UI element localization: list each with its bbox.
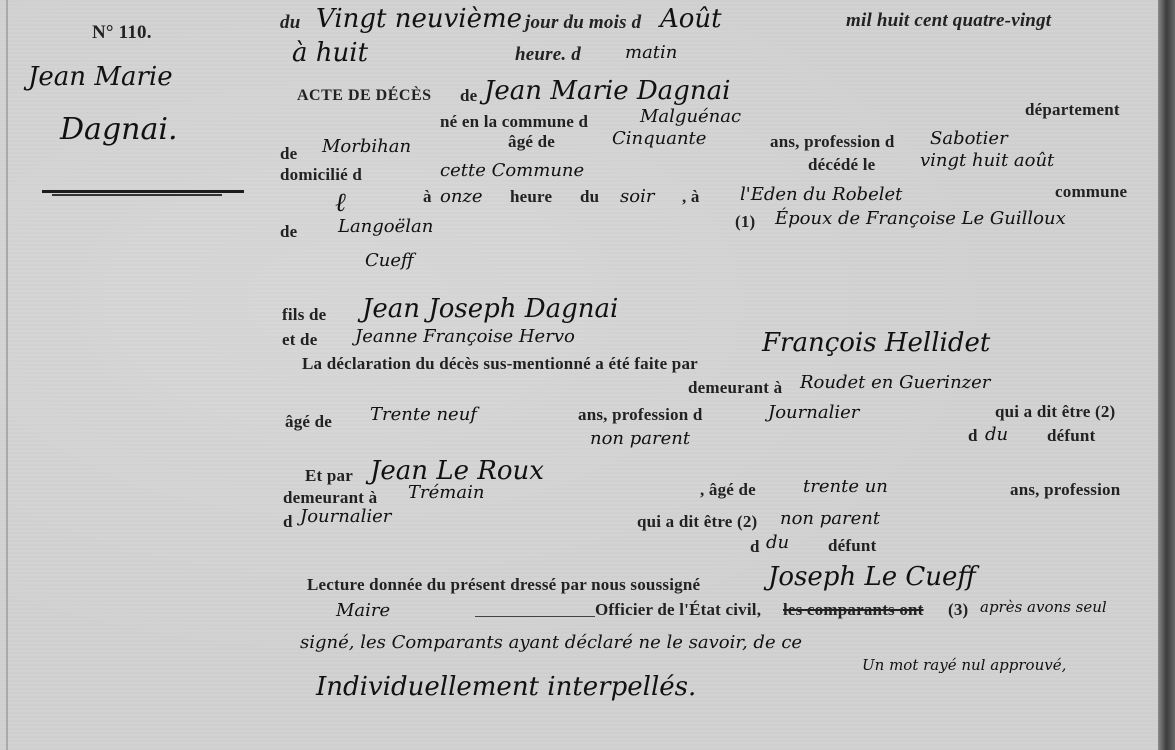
label-comparants-struck: les comparants ont xyxy=(783,600,924,620)
field-declarant-1-prep: du xyxy=(985,424,1008,445)
field-death-place: l'Eden du Robelet xyxy=(740,184,902,205)
field-death-date: vingt huit août xyxy=(920,150,1054,171)
field-death-hour-marker: ℓ xyxy=(335,188,346,218)
label-domicilie: domicilié d xyxy=(280,165,362,185)
field-signature-note-2: Individuellement interpellés. xyxy=(316,672,696,702)
field-declarant-2-prep: du xyxy=(766,532,789,553)
label-ans-profession-2: ans, profession d xyxy=(578,405,702,425)
margin-underline xyxy=(42,190,244,193)
field-profession: Sabotier xyxy=(930,128,1008,149)
label-de-dept: de xyxy=(280,144,297,164)
label-heure: heure. d xyxy=(515,44,581,66)
field-s-avons: après avons seul xyxy=(980,598,1107,616)
field-declarant-1-age: Trente neuf xyxy=(370,404,477,425)
label-d-defunt-2: d xyxy=(750,537,760,557)
field-age: Cinquante xyxy=(612,128,706,149)
field-death-hour: onze xyxy=(440,186,483,207)
label-qui-a-dit-etre: qui a dit être (2) xyxy=(995,402,1115,422)
label-age-de: âgé de xyxy=(508,132,555,152)
margin-last-name: Dagnai. xyxy=(60,112,177,147)
label-d-3: d xyxy=(283,512,293,532)
label-heure-2: heure xyxy=(510,187,552,207)
field-time-of-day: matin xyxy=(625,42,677,63)
label-qui-a-dit-etre-2: qui a dit être (2) xyxy=(637,512,757,532)
field-declarant-2-age: trente un xyxy=(803,476,888,497)
label-et-de: et de xyxy=(282,330,317,350)
page-dark-edge xyxy=(1158,0,1175,750)
label-lecture: Lecture donnée du présent dressé par nou… xyxy=(307,575,700,595)
label-demeurant-2: demeurant à xyxy=(283,488,377,508)
label-ans-profession-3: ans, profession xyxy=(1010,480,1120,500)
field-spouse: Époux de Françoise Le Guilloux xyxy=(775,208,1066,229)
label-jour-du-mois: jour du mois d xyxy=(525,12,641,34)
label-note-3: (3) xyxy=(948,600,968,620)
field-declarant-1-profession: Journalier xyxy=(768,402,859,423)
label-comma-a: , à xyxy=(682,187,700,207)
label-decede-le: décédé le xyxy=(808,155,875,175)
field-mother: Jeanne Françoise Hervo xyxy=(355,326,575,347)
label-year-prefix: mil huit cent quatre-vingt xyxy=(846,10,1051,32)
field-father: Jean Joseph Dagnai xyxy=(362,294,618,324)
field-declarant-2-relation: non parent xyxy=(780,508,880,529)
field-day: Vingt neuvième xyxy=(316,4,522,34)
field-birth-commune: Malguénac xyxy=(640,106,741,127)
field-hour: à huit xyxy=(292,38,368,68)
field-department: Morbihan xyxy=(322,136,411,157)
label-de: de xyxy=(460,86,477,106)
field-deceased-name: Jean Marie Dagnai xyxy=(484,76,730,106)
label-note-1: (1) xyxy=(735,212,755,232)
label-age-de-3: , âgé de xyxy=(700,480,756,500)
page-binding-edge xyxy=(6,0,8,750)
label-fils-de: fils de xyxy=(282,305,326,325)
label-defunt: défunt xyxy=(1047,426,1095,446)
field-declarant-1: François Hellidet xyxy=(762,328,990,358)
label-et-par: Et par xyxy=(305,466,353,486)
label-du-2: du xyxy=(580,187,599,207)
label-defunt-2: défunt xyxy=(828,536,876,556)
civil-record-page: N° 110. Jean Marie Dagnai. du Vingt neuv… xyxy=(0,0,1158,750)
field-death-period: soir xyxy=(620,186,654,207)
field-commune: Langoëlan xyxy=(338,216,433,237)
field-signature-note: signé, les Comparants ayant déclaré ne l… xyxy=(300,632,802,653)
label-a: à xyxy=(423,187,432,207)
label-acte-de-deces: ACTE DE DÉCÈS xyxy=(297,87,432,105)
label-de-commune: de xyxy=(280,222,297,242)
field-declarant-1-relation: non parent xyxy=(590,428,690,449)
label-du: du xyxy=(280,12,300,34)
label-demeurant: demeurant à xyxy=(688,378,782,398)
field-approval: Un mot rayé nul approuvé, xyxy=(862,656,1066,674)
field-officer: Joseph Le Cueff xyxy=(768,562,976,592)
officer-line xyxy=(475,616,595,617)
field-declarant-2-residence: Trémain xyxy=(408,482,484,503)
field-declarant-2-profession: Journalier xyxy=(300,506,391,527)
label-ne-commune: né en la commune d xyxy=(440,112,588,132)
label-declaration: La déclaration du décès sus-mentionné a … xyxy=(302,354,698,374)
field-remark-tail: Cueff xyxy=(365,250,414,271)
field-declarant-1-residence: Roudet en Guerinzer xyxy=(800,372,990,393)
label-d: d xyxy=(968,426,978,446)
label-commune: commune xyxy=(1055,182,1127,202)
margin-first-name: Jean Marie xyxy=(28,62,173,92)
label-age-de-2: âgé de xyxy=(285,412,332,432)
field-month: Août xyxy=(660,4,722,34)
act-number: N° 110. xyxy=(92,22,152,44)
field-officer-title: Maire xyxy=(336,600,390,621)
field-domicile: cette Commune xyxy=(440,160,584,181)
margin-underline-2 xyxy=(52,194,222,196)
label-officier: Officier de l'État civil, xyxy=(595,600,761,620)
label-departement: département xyxy=(1025,100,1120,120)
label-ans-profession: ans, profession d xyxy=(770,132,894,152)
